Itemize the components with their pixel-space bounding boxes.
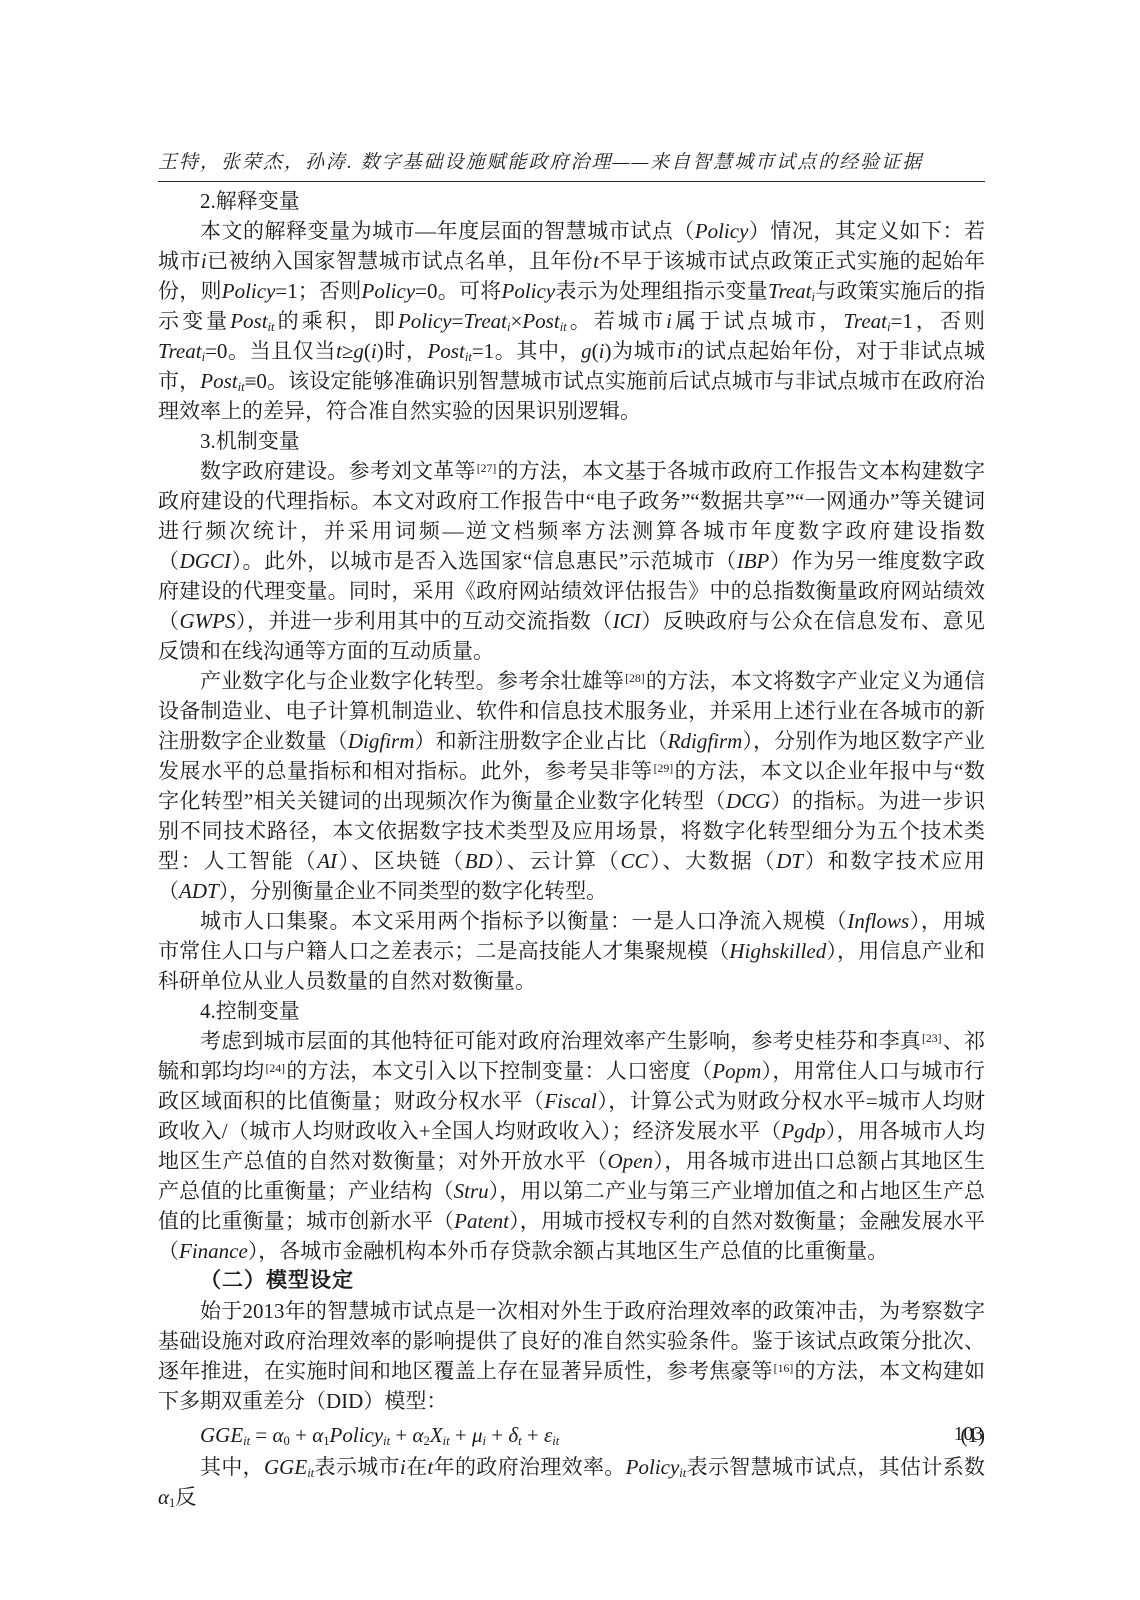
section-heading: 2.解释变量: [158, 186, 985, 216]
paragraph: 城市人口集聚。本文采用两个指标予以衡量：一是人口净流入规模（Inflows），用…: [158, 906, 985, 996]
text-run: （二）模型设定: [200, 1269, 354, 1292]
paragraph: 数字政府建设。参考刘文革等[27]的方法，本文基于各城市政府工作报告文本构建数字…: [158, 456, 985, 666]
section-heading: 4.控制变量: [158, 996, 985, 1026]
paragraph: 其中，GGEit表示城市i在t年的政府治理效率。Policyit表示智慧城市试点…: [158, 1452, 985, 1512]
text-run: 城市人口集聚。本文采用两个指标予以衡量：一是人口净流入规模（Inflows），用…: [158, 909, 985, 993]
document-page: 王特，张荣杰，孙涛. 数字基础设施赋能政府治理——来自智慧城市试点的经验证据 2…: [0, 0, 1140, 1600]
text-run: 2.解释变量: [200, 189, 300, 213]
article-body: 2.解释变量本文的解释变量为城市—年度层面的智慧城市试点（Policy）情况，其…: [158, 186, 985, 1512]
text-run: GGEit = α0 + α1Policyit + α2Xit + μi + δ…: [200, 1420, 559, 1450]
text-run: 始于2013年的智慧城市试点是一次相对外生于政府治理效率的政策冲击，为考察数字基…: [158, 1299, 985, 1413]
paragraph: 产业数字化与企业数字化转型。参考余壮雄等[28]的方法，本文将数字产业定义为通信…: [158, 666, 985, 906]
text-run: 其中，GGEit表示城市i在t年的政府治理效率。Policyit表示智慧城市试点…: [158, 1455, 985, 1509]
header-rule: [158, 181, 985, 182]
text-run: 考虑到城市层面的其他特征可能对政府治理效率产生影响，参考史桂芬和李真[23]、祁…: [158, 1029, 985, 1263]
paragraph: 始于2013年的智慧城市试点是一次相对外生于政府治理效率的政策冲击，为考察数字基…: [158, 1296, 985, 1416]
equation: GGEit = α0 + α1Policyit + α2Xit + μi + δ…: [158, 1420, 985, 1450]
running-head: 王特，张荣杰，孙涛. 数字基础设施赋能政府治理——来自智慧城市试点的经验证据: [158, 147, 985, 174]
section-heading: 3.机制变量: [158, 426, 985, 456]
text-run: 数字政府建设。参考刘文革等[27]的方法，本文基于各城市政府工作报告文本构建数字…: [158, 459, 985, 663]
section-heading: （二）模型设定: [158, 1266, 985, 1296]
text-run: 3.机制变量: [200, 429, 300, 453]
text-run: 本文的解释变量为城市—年度层面的智慧城市试点（Policy）情况，其定义如下：若…: [158, 219, 985, 423]
page-number: 103: [954, 1424, 983, 1446]
text-run: 产业数字化与企业数字化转型。参考余壮雄等[28]的方法，本文将数字产业定义为通信…: [158, 669, 985, 903]
text-run: 4.控制变量: [200, 999, 300, 1023]
paragraph: 考虑到城市层面的其他特征可能对政府治理效率产生影响，参考史桂芬和李真[23]、祁…: [158, 1026, 985, 1266]
paragraph: 本文的解释变量为城市—年度层面的智慧城市试点（Policy）情况，其定义如下：若…: [158, 216, 985, 426]
